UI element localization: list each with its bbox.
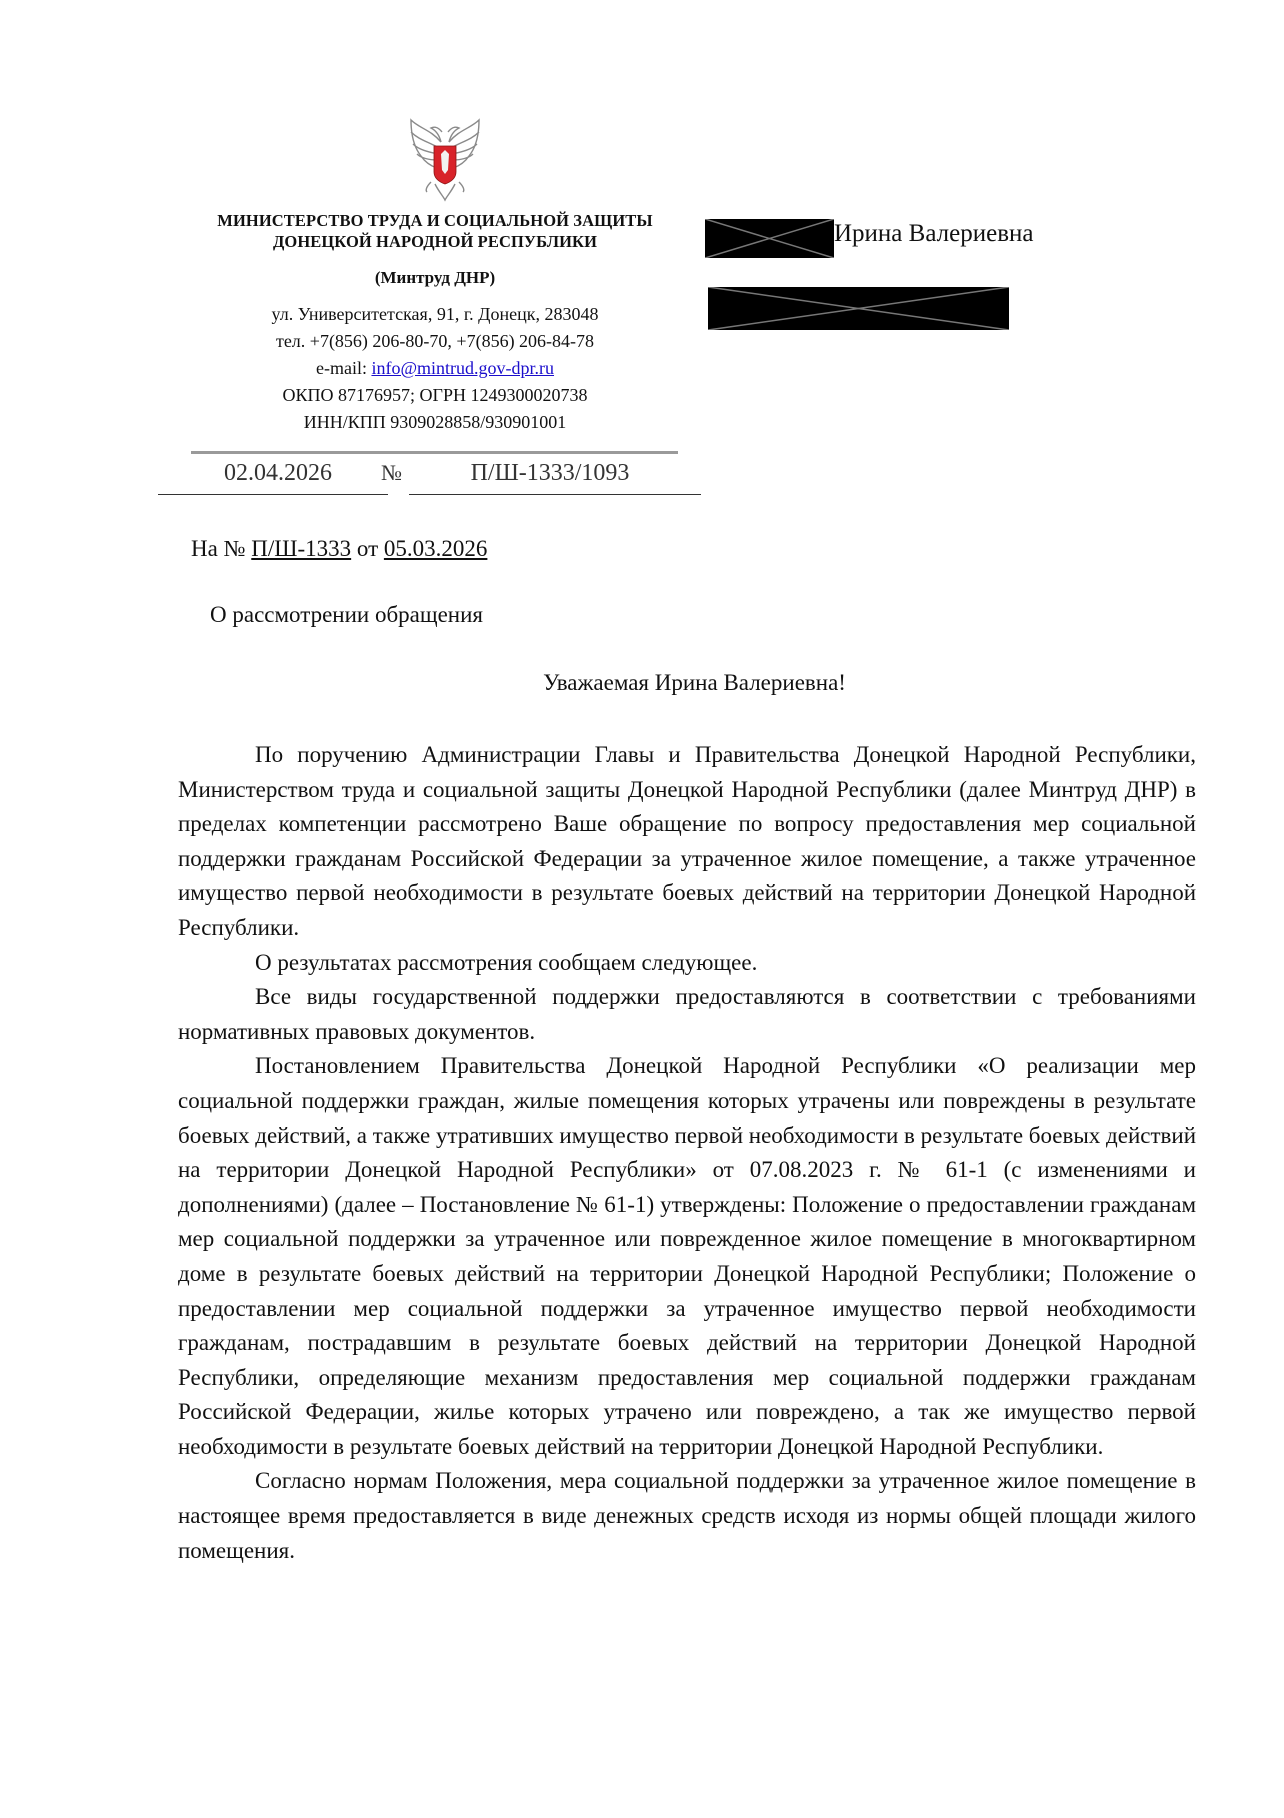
body-paragraph: Согласно нормам Положения, мера социальн… [178,1464,1196,1568]
letter-subject: О рассмотрении обращения [210,602,483,628]
letter-greeting: Уважаемая Ирина Валериевна! [0,670,1284,696]
email-link[interactable]: info@mintrud.gov-dpr.ru [371,358,554,378]
reference-prefix: На № [191,536,251,561]
redacted-surname [705,219,834,258]
org-inn-kpp: ИНН/КПП 9309028858/930901001 [160,409,710,436]
email-label: e-mail: [316,358,371,378]
body-paragraph: По поручению Администрации Главы и Прави… [178,738,1196,946]
org-address: ул. Университетская, 91, г. Донецк, 2830… [160,301,710,328]
body-paragraph: Все виды государственной поддержки предо… [178,980,1196,1049]
org-okpo-ogrn: ОКПО 87176957; ОГРН 1249300020738 [160,382,710,409]
organization-short-name: (Минтруд ДНР) [160,267,710,288]
org-name-line-1: МИНИСТЕРСТВО ТРУДА И СОЦИАЛЬНОЙ ЗАЩИТЫ [160,210,710,231]
org-name-line-2: ДОНЕЦКОЙ НАРОДНОЙ РЕСПУБЛИКИ [160,231,710,252]
registration-date: 02.04.2026 [158,460,388,495]
number-sign: № [381,460,411,494]
organization-contacts: ул. Университетская, 91, г. Донецк, 2830… [160,301,710,436]
reference-line: На № П/Ш-1333 от 05.03.2026 [191,536,487,562]
header-divider [191,451,678,454]
addressee-name: Ирина Валериевна [834,220,1033,248]
reference-middle: от [351,536,384,561]
redacted-address [708,287,1009,330]
body-paragraph: О результатах рассмотрения сообщаем след… [178,946,1196,981]
org-email-line: e-mail: info@mintrud.gov-dpr.ru [160,355,710,382]
registration-number: П/Ш-1333/1093 [409,460,701,495]
org-phone: тел. +7(856) 206-80-70, +7(856) 206-84-7… [160,328,710,355]
letter-page: МИНИСТЕРСТВО ТРУДА И СОЦИАЛЬНОЙ ЗАЩИТЫ Д… [0,0,1284,1818]
letter-body: По поручению Администрации Главы и Прави… [178,738,1196,1568]
coat-of-arms-icon [405,112,485,204]
reference-number: П/Ш-1333 [251,536,351,561]
reference-date: 05.03.2026 [384,536,488,561]
organization-name: МИНИСТЕРСТВО ТРУДА И СОЦИАЛЬНОЙ ЗАЩИТЫ Д… [160,210,710,252]
body-paragraph: Постановлением Правительства Донецкой На… [178,1049,1196,1464]
